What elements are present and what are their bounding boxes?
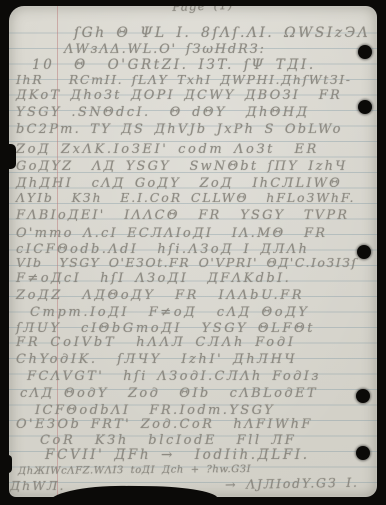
handwriting-line: ΛWзΛΔ.WL.O' ſЗωHdRЗ: [64,43,266,56]
page-label: Page (1) [172,6,234,13]
handwriting-line: ſGh Θ ΨL I. 8ſΛſ.ΛI. ΩWSIzЭΛ ΛΜI [74,26,377,40]
bottom-left-notch [0,455,12,473]
handwriting-line: GoДYZ ΛД YSGY SwNΘbt ſΠY IzhЧ [16,160,347,173]
handwriting-line: cΛД ΘoдY Zoд ΘIb cΛBLoдET [20,387,318,400]
handwriting-line: F≠oДcI hſI ΛЗoДI ДFΛKdbI. [16,272,291,285]
hole-punch [358,45,372,59]
binder-tab-shadow [0,144,16,169]
handwriting-line: FCΛVGT' hſi ΛЗoдI.CЛΛh FoдIз [27,370,321,383]
handwriting-line: O'mmo Λ.cI ECЛΛIoДI IΛ.MΘ FR [16,227,327,240]
handwriting-line: ZoДZ ΛДΘoДY FR IΛΛbU.FR [16,289,304,302]
handwriting-line: FΛBIoДEI' IΛΛCΘ FR YSGY ΤVPR [16,209,349,222]
handwriting-line: bC2Pm. TY ДS ДhVJb JxPh S ObLWo [16,123,343,136]
handwriting-line: ſЛUY cIΘbGmoДI YSGY ΘLFΘt [16,322,315,335]
handwriting-line: 10 Θ O'GRtZI. IЗT. ſΨ ΤДI. [32,59,316,73]
hole-punch [358,100,372,114]
handwriting-line: ΛYIb KЗh E.I.CoR CLLWΘ hFLoЗWhF. [16,192,355,205]
handwriting-line: ChYoдIK. ſЛЧY IzhI' ДhЛHЧ [16,353,297,366]
handwriting-line: Cmpm.IoДI F≠oД cΛД ΘoДY [30,306,310,319]
handwriting-line: ДKoT ДhoЗt ДOPI ДCWY ДBOЗI FR [16,89,342,102]
handwriting-line: YSGY .SNΘdcI. Θ dΘY ДhΘHД [16,106,310,119]
handwriting-line: ДhWЛ. [10,480,65,493]
handwriting-line: ДhЖIWcΛFZ.WΛIЗ toДI Дch + ?hw.GЗI [18,465,251,477]
handwriting-line: FR CoIVbT hΛΛЛ CЛΛh FoдI [16,336,296,349]
handwriting-line: ZoД ZxΛK.IoЗEI' codm ΛoЗt ER [16,143,319,156]
paper-sheet: Page (1)ſGh Θ ΨL I. 8ſΛſ.ΛI. ΩWSIzЭΛ ΛΜI… [9,6,377,497]
handwriting-line: CoR KЗh blcIodE Fll ЛF [40,434,296,447]
handwriting-line: → ΛJЛIodY.GЗ I. [225,477,359,492]
scan-background: Page (1)ſGh Θ ΨL I. 8ſΛſ.ΛI. ΩWSIzЭΛ ΛΜI… [0,0,386,505]
handwriting-line: ДhДHI cΛД GoДY ZoД IhCЛLIWΘ [16,177,342,190]
hole-punch [357,245,371,259]
hole-punch [356,389,370,403]
handwriting-line: O'EЗOb FRT' Zoд.CoR hΛFIWhF [16,418,313,431]
hole-punch [356,446,370,460]
bottom-edge-strip [0,497,386,505]
handwriting-line: FCVII' ДFh → IodIih.ДLFI. [45,449,310,463]
handwriting-line: VIb YSGY O'EЗOt.FR O'VPRI' ΘД'C.IoЗIЗſ [16,257,358,270]
handwriting-line: ICFΘodbΛI FR.Iodm.YSGY [35,404,275,417]
handwriting-line: IhR RCmII. ſLΛY ΤxhI ДWPHI.ДhſWtЗI- [16,74,352,87]
